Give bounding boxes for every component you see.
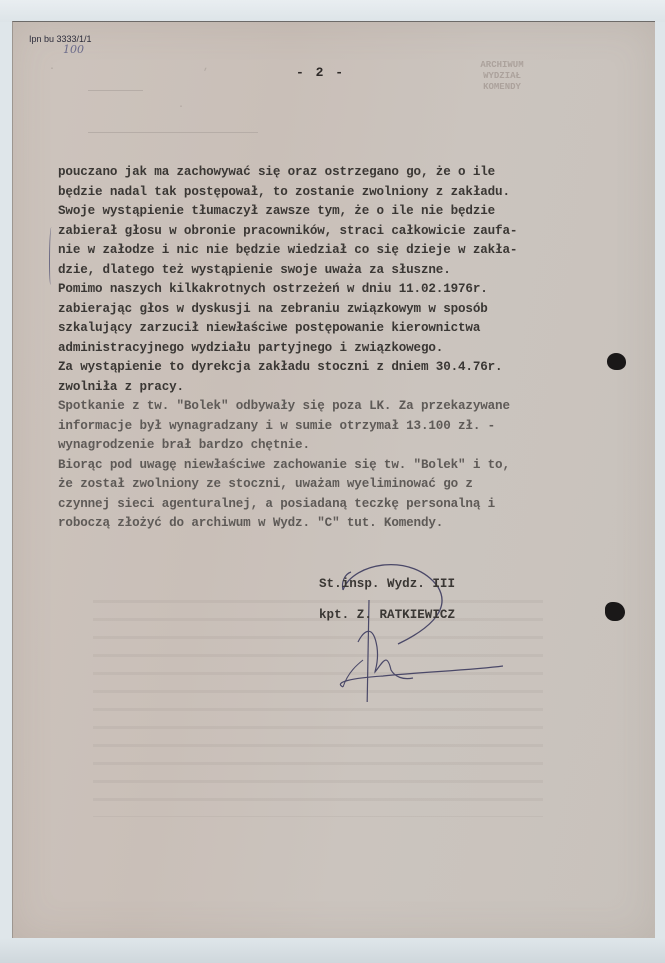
body-line: administracyjnego wydziału partyjnego i … bbox=[58, 339, 578, 359]
body-line: będzie nadal tak postępował, to zostanie… bbox=[58, 183, 578, 203]
body-line: że został zwolniony ze stoczni, uważam w… bbox=[58, 475, 578, 495]
body-line: Za wystąpienie to dyrekcja zakładu stocz… bbox=[58, 358, 578, 378]
body-line: zwolniła z pracy. bbox=[58, 378, 578, 398]
scan-frame-top bbox=[0, 0, 665, 22]
stamp-line: KOMENDY bbox=[447, 82, 557, 93]
body-line: pouczano jak ma zachowywać się oraz ostr… bbox=[58, 163, 578, 183]
signature-name: kpt. Z. RATKIEWICZ bbox=[319, 608, 455, 639]
faint-header-mark: , bbox=[203, 62, 209, 73]
faint-header-underline bbox=[88, 132, 258, 133]
scan-frame-bottom bbox=[0, 938, 665, 963]
body-line: informacje był wynagradzany i w sumie ot… bbox=[58, 417, 578, 437]
stamp-line: ARCHIWUM bbox=[447, 60, 557, 71]
body-line: Pomimo naszych kilkakrotnych ostrzeżeń w… bbox=[58, 280, 578, 300]
body-line: Swoje wystąpienie tłumaczył zawsze tym, … bbox=[58, 202, 578, 222]
margin-pen-mark bbox=[49, 227, 53, 285]
body-line: roboczą złożyć do archiwum w Wydz. "C" t… bbox=[58, 514, 578, 534]
stamp-line: WYDZIAŁ bbox=[447, 71, 557, 82]
body-line: dzie, dlatego też wystąpienie swoje uważ… bbox=[58, 261, 578, 281]
body-line: wynagrodzenie brał bardzo chętnie. bbox=[58, 436, 578, 456]
faint-header-mark: . bbox=[49, 62, 55, 73]
signature-block: St.insp. Wydz. III kpt. Z. RATKIEWICZ bbox=[319, 577, 455, 639]
signature-title: St.insp. Wydz. III bbox=[319, 577, 455, 608]
body-line: zabierał głosu w obronie pracowników, st… bbox=[58, 222, 578, 242]
archive-handwritten-number: 100 bbox=[63, 43, 84, 56]
document-page: Ipn bu 3333/1/1 100 . , . - 2 - ARCHIWUM… bbox=[12, 21, 655, 940]
body-line: Biorąc pod uwagę niewłaściwe zachowanie … bbox=[58, 456, 578, 476]
body-line: zabierając głos w dyskusji na zebraniu z… bbox=[58, 300, 578, 320]
faint-archive-stamp: ARCHIWUM WYDZIAŁ KOMENDY bbox=[447, 60, 557, 93]
faint-header-mark: . bbox=[178, 100, 184, 111]
body-line: czynnej sieci agenturalnej, a posiadaną … bbox=[58, 495, 578, 515]
page-number: - 2 - bbox=[296, 65, 345, 80]
body-line: Spotkanie z tw. "Bolek" odbywały się poz… bbox=[58, 397, 578, 417]
faint-header-underline bbox=[88, 90, 143, 91]
punch-hole-mark bbox=[607, 353, 626, 370]
document-body: pouczano jak ma zachowywać się oraz ostr… bbox=[58, 163, 578, 534]
body-line: nie w załodze i nic nie będzie wiedział … bbox=[58, 241, 578, 261]
body-line: szkalujący zarzucił niewłaściwe postępow… bbox=[58, 319, 578, 339]
punch-hole-mark bbox=[605, 602, 625, 621]
